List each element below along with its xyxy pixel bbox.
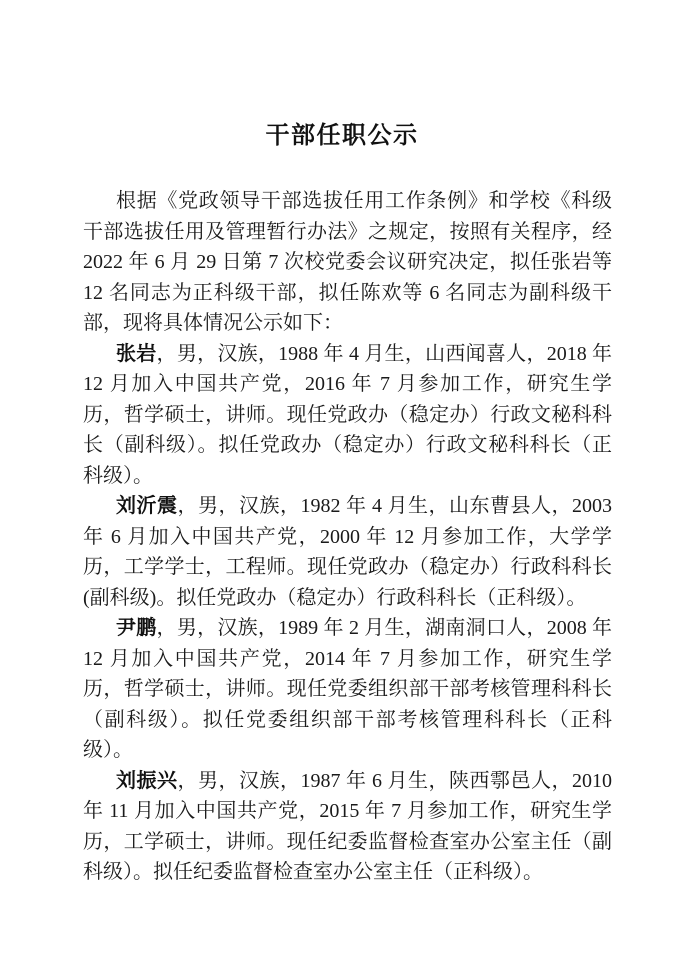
document-page: 干部任职公示 根据《党政领导干部选拔任用工作条例》和学校《科级干部选拔任用及管理… [0,0,684,968]
document-title: 干部任职公示 [0,121,684,151]
person-name: 张岩 [116,343,157,365]
paragraph-text: 根据《党政领导干部选拔任用工作条例》和学校《科级干部选拔任用及管理暂行办法》之规… [83,190,612,334]
person-name: 尹鹏 [116,617,157,639]
paragraph-text: ，男，汉族，1988 年 4 月生，山西闻喜人，2018 年 12 月加入中国共… [83,343,612,487]
document-body: 根据《党政领导干部选拔任用工作条例》和学校《科级干部选拔任用及管理暂行办法》之规… [83,186,612,888]
person-paragraph: 刘沂震，男，汉族，1982 年 4 月生，山东曹县人，2003 年 6 月加入中… [83,491,612,613]
intro-paragraph: 根据《党政领导干部选拔任用工作条例》和学校《科级干部选拔任用及管理暂行办法》之规… [83,186,612,339]
person-name: 刘沂震 [116,495,178,517]
paragraph-text: ，男，汉族，1989 年 2 月生，湖南洞口人，2008 年 12 月加入中国共… [83,617,612,761]
person-paragraph: 刘振兴，男，汉族，1987 年 6 月生，陕西鄠邑人，2010 年 11 月加入… [83,766,612,888]
person-paragraph: 张岩，男，汉族，1988 年 4 月生，山西闻喜人，2018 年 12 月加入中… [83,339,612,492]
person-paragraph: 尹鹏，男，汉族，1989 年 2 月生，湖南洞口人，2008 年 12 月加入中… [83,613,612,766]
person-name: 刘振兴 [116,770,178,792]
